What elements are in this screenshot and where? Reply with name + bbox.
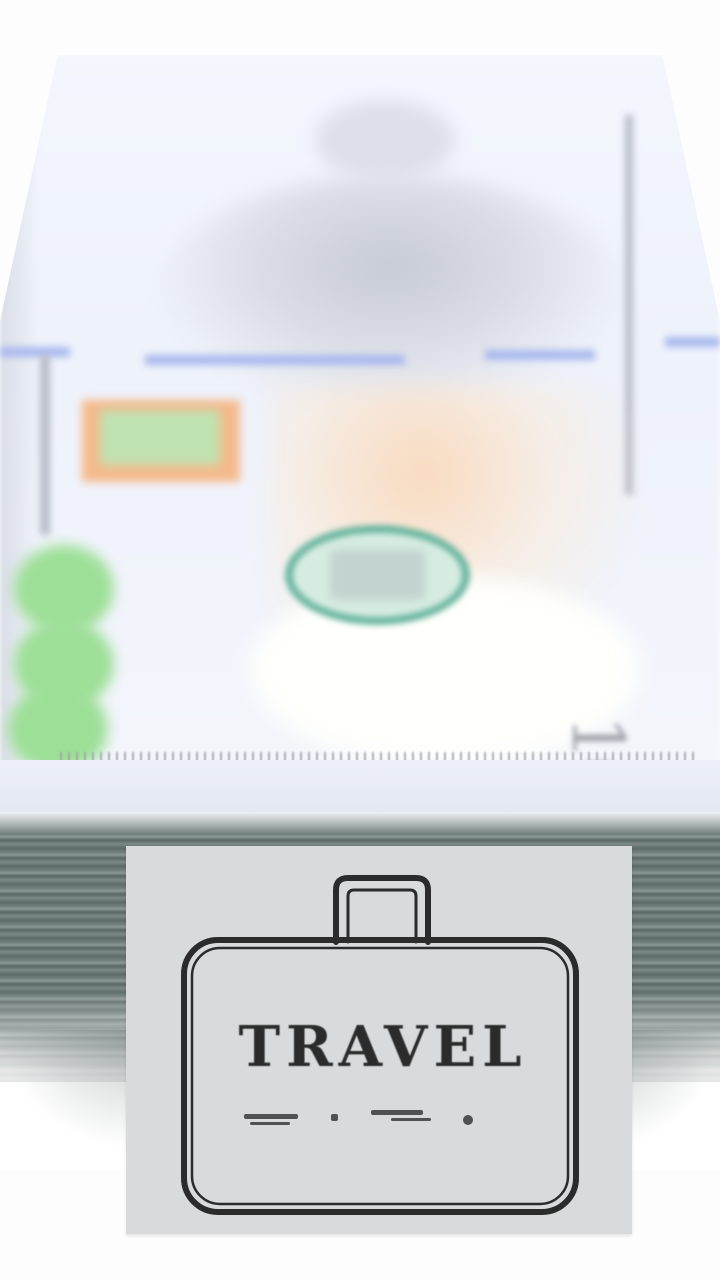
travel-label-text: TRAVEL <box>218 1014 548 1080</box>
banknote-top-seal <box>315 100 455 180</box>
security-stripe <box>0 347 70 357</box>
banknote-bottom-edge <box>0 760 720 812</box>
security-stripe <box>665 337 720 347</box>
photo-scene: 100 TRAVEL <box>0 0 720 1280</box>
banknote-seal-center <box>330 550 425 600</box>
banknote-line <box>40 355 50 535</box>
banknote: 100 <box>0 55 720 815</box>
security-stripe <box>145 355 405 365</box>
bill-stack-shadow <box>0 1030 140 1150</box>
travel-label-card: TRAVEL <box>126 846 632 1234</box>
security-stripe <box>485 350 595 360</box>
banknote-portrait <box>160 175 620 405</box>
bill-stack-top <box>0 812 720 834</box>
banknote-green-inset <box>100 410 220 465</box>
